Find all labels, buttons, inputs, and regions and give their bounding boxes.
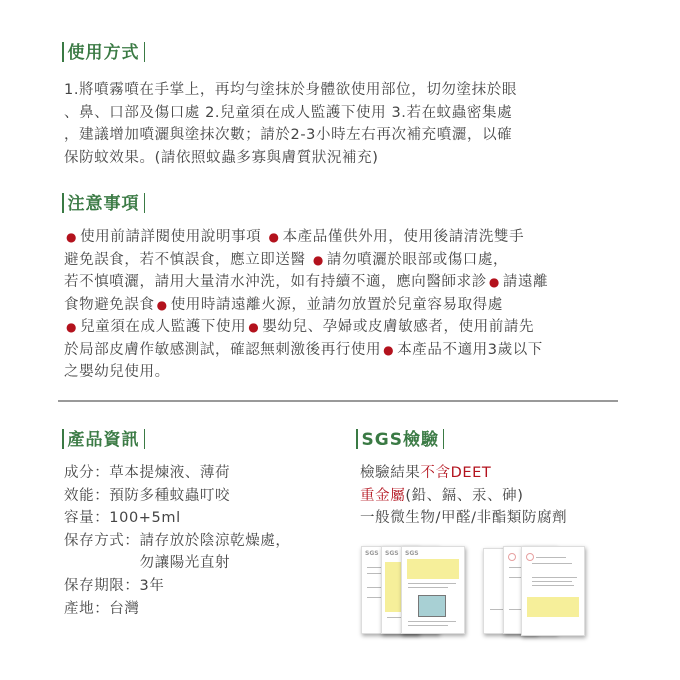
sgs-logo: SGS bbox=[365, 550, 379, 557]
sgs-label: 檢驗結果 bbox=[360, 465, 420, 481]
report-page: SGS bbox=[401, 546, 465, 634]
title-bar-left bbox=[62, 42, 64, 62]
caution-text: 請勿噴灑於眼部或傷口處， bbox=[327, 252, 508, 268]
usage-paragraph: 1.將噴霧噴在手掌上，再均勻塗抹於身體欲使用部位，切勿塗抹於眼 、鼻、口部及傷口… bbox=[64, 79, 517, 169]
sgs-row-microbes: 一般微生物/甲醛/非酯類防腐劑 bbox=[360, 507, 567, 530]
caution-line: 於局部皮膚作敏感測試，確認無刺激後再行使用●本產品不適用3歲以下 bbox=[64, 339, 548, 362]
caution-text: 若不慎噴灑，請用大量清水沖洗，如有持續不適，應向醫師求診 bbox=[64, 274, 487, 290]
sgs-title-text: SGS檢驗 bbox=[362, 430, 439, 450]
caution-text: 兒童須在成人監護下使用 bbox=[80, 319, 246, 335]
caution-text: 使用時請遠離火源，並請勿放置於兒童容易取得處 bbox=[171, 297, 503, 313]
product-info-list: 成分：草本提煉液、薄荷 效能：預防多種蚊蟲叮咬 容量：100+5ml 保存方式：… bbox=[64, 462, 291, 620]
sgs-logo: SGS bbox=[385, 550, 399, 557]
product-info-section-title: 產品資訊 bbox=[58, 429, 149, 451]
sgs-label: (鉛、鎘、汞、砷) bbox=[405, 488, 523, 504]
bullet-icon: ● bbox=[66, 230, 77, 244]
sgs-results: 檢驗結果不含DEET 重金屬(鉛、鎘、汞、砷) 一般微生物/甲醛/非酯類防腐劑 bbox=[360, 462, 567, 530]
bullet-icon: ● bbox=[269, 230, 280, 244]
product-photo bbox=[418, 595, 446, 617]
bullet-icon: ● bbox=[66, 320, 77, 334]
caution-line: 避免誤食，若不慎誤食，應立即送醫 ●請勿噴灑於眼部或傷口處， bbox=[64, 249, 548, 272]
cautions-section-title: 注意事項 bbox=[58, 193, 149, 215]
caution-text: 食物避免誤食 bbox=[64, 297, 155, 313]
report-page bbox=[521, 546, 585, 636]
info-row-shelf-life: 保存期限：3年 bbox=[64, 575, 291, 598]
info-row-ingredients: 成分：草本提煉液、薄荷 bbox=[64, 462, 291, 485]
usage-line: 、鼻、口部及傷口處 2.兒童須在成人監護下使用 3.若在蚊蟲密集處 bbox=[64, 102, 517, 125]
caution-text: 使用前請詳閱使用說明事項 bbox=[80, 229, 261, 245]
title-bar-left bbox=[62, 193, 64, 213]
cautions-paragraph: ●使用前請詳閱使用說明事項 ●本產品僅供外用，使用後請清洗雙手 避免誤食，若不慎… bbox=[64, 226, 548, 384]
caution-line: ●兒童須在成人監護下使用●嬰幼兒、孕婦或皮膚敏感者，使用前請先 bbox=[64, 316, 548, 339]
caution-text: 之嬰幼兒使用。 bbox=[64, 364, 170, 380]
sgs-row-heavy-metals: 重金屬(鉛、鎘、汞、砷) bbox=[360, 485, 567, 508]
title-bar-right bbox=[144, 429, 146, 449]
title-bar-right bbox=[144, 193, 146, 213]
title-bar-left bbox=[356, 429, 358, 449]
caution-text: 本產品僅供外用，使用後請清洗雙手 bbox=[283, 229, 525, 245]
title-bar-right bbox=[443, 429, 445, 449]
usage-line: 保防蚊效果。(請依照蚊蟲多寡與膚質狀況補充) bbox=[64, 147, 517, 170]
cautions-title-text: 注意事項 bbox=[68, 194, 140, 214]
sgs-logo: SGS bbox=[405, 550, 419, 557]
info-row-storage-cont: 勿讓陽光直射 bbox=[64, 552, 291, 575]
info-row-efficacy: 效能：預防多種蚊蟲叮咬 bbox=[64, 485, 291, 508]
section-divider bbox=[58, 400, 618, 402]
usage-line: 1.將噴霧噴在手掌上，再均勻塗抹於身體欲使用部位，切勿塗抹於眼 bbox=[64, 79, 517, 102]
caution-line: ●使用前請詳閱使用說明事項 ●本產品僅供外用，使用後請清洗雙手 bbox=[64, 226, 548, 249]
caution-text: 嬰幼兒、孕婦或皮膚敏感者，使用前請先 bbox=[262, 319, 534, 335]
title-bar-right bbox=[144, 42, 146, 62]
sgs-highlight: 不含DEET bbox=[420, 465, 491, 481]
caution-line: 之嬰幼兒使用。 bbox=[64, 361, 548, 384]
caution-text: 請遠離 bbox=[503, 274, 548, 290]
bullet-icon: ● bbox=[313, 253, 324, 267]
bullet-icon: ● bbox=[157, 298, 168, 312]
caution-line: 若不慎噴灑，請用大量清水沖洗，如有持續不適，應向醫師求診●請遠離 bbox=[64, 271, 548, 294]
bullet-icon: ● bbox=[383, 343, 394, 357]
info-row-storage: 保存方式：請存放於陰涼乾燥處， bbox=[64, 530, 291, 553]
caution-text: 於局部皮膚作敏感測試，確認無刺激後再行使用 bbox=[64, 342, 381, 358]
title-bar-left bbox=[62, 429, 64, 449]
usage-title-text: 使用方式 bbox=[68, 43, 140, 63]
sgs-row-deet: 檢驗結果不含DEET bbox=[360, 462, 567, 485]
caution-text: 避免誤食，若不慎誤食，應立即送醫 bbox=[64, 252, 306, 268]
caution-text: 本產品不適用3歲以下 bbox=[397, 342, 543, 358]
caution-line: 食物避免誤食●使用時請遠離火源，並請勿放置於兒童容易取得處 bbox=[64, 294, 548, 317]
usage-section-title: 使用方式 bbox=[58, 42, 149, 64]
sgs-highlight: 重金屬 bbox=[360, 488, 405, 504]
product-info-title-text: 產品資訊 bbox=[68, 430, 140, 450]
info-row-volume: 容量：100+5ml bbox=[64, 507, 291, 530]
bullet-icon: ● bbox=[489, 275, 500, 289]
usage-line: ，建議增加噴灑與塗抹次數；請於2-3小時左右再次補充噴灑，以確 bbox=[64, 124, 517, 147]
info-row-origin: 產地：台灣 bbox=[64, 598, 291, 621]
sgs-section-title: SGS檢驗 bbox=[352, 429, 448, 451]
bullet-icon: ● bbox=[248, 320, 259, 334]
